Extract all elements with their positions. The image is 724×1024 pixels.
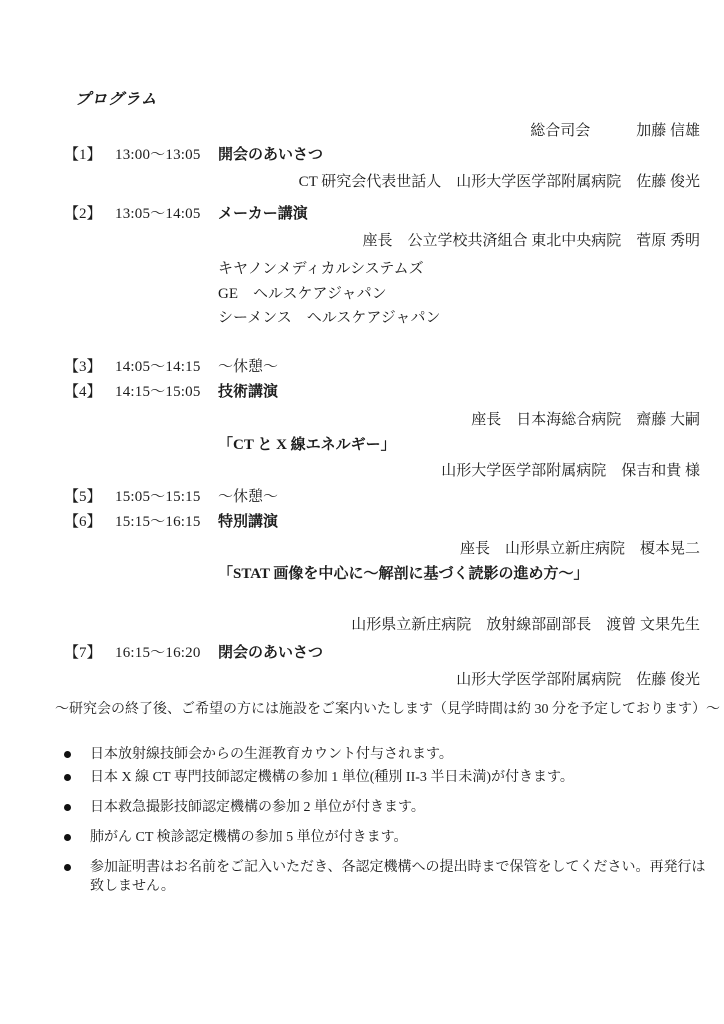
- bullet-icon: [64, 751, 71, 758]
- note-item-2: 日本 X 線 CT 専門技師認定機構の参加 1 単位(種別 II-3 半日未満)…: [64, 768, 712, 787]
- session-number: 【3】: [64, 359, 115, 376]
- session-time: 14:05～14:15: [115, 359, 218, 376]
- session-time: 14:15～15:05: [115, 384, 218, 401]
- program-document-page: プログラム 総合司会 加藤 信雄 【1】 13:00～13:05 開会のあいさつ…: [0, 0, 724, 1024]
- maker-item-1: キヤノンメディカルシステムズ: [218, 261, 424, 278]
- facility-tour-note: ～研究会の終了後、ご希望の方には施設をご案内いたします（見学時間は約 30 分を…: [55, 701, 720, 719]
- session-2-chair: 座長 公立学校共済組合 東北中央病院 菅原 秀明: [362, 233, 700, 250]
- session-4-speaker: 山形大学医学部附属病院 保吉和貴 様: [441, 463, 700, 480]
- session-number: 【5】: [64, 489, 115, 506]
- session-1-speaker: CT 研究会代表世話人 山形大学医学部附属病院 佐藤 俊光: [299, 174, 700, 191]
- maker-item-2: GE ヘルスケアジャパン: [218, 286, 387, 303]
- note-item-1: 日本放射線技師会からの生涯教育カウント付与されます。: [64, 745, 712, 764]
- note-text: 日本救急撮影技師認定機構の参加 2 単位が付きます。: [90, 798, 425, 817]
- session-title: メーカー講演: [218, 206, 308, 223]
- session-row-3: 【3】 14:05～14:15 ～休憩～: [64, 359, 278, 376]
- maker-item-3: シーメンス ヘルスケアジャパン: [218, 310, 440, 327]
- note-item-5: 参加証明書はお名前をご記入いただき、各認定機構への提出時まで保管をしてください。…: [64, 858, 712, 896]
- session-number: 【6】: [64, 514, 115, 531]
- session-number: 【7】: [64, 645, 115, 662]
- session-4-chair: 座長 日本海総合病院 齋藤 大嗣: [471, 412, 700, 429]
- session-title: 開会のあいさつ: [218, 147, 323, 164]
- session-7-speaker: 山形大学医学部附属病院 佐藤 俊光: [456, 672, 700, 689]
- session-time: 16:15～16:20: [115, 645, 218, 662]
- session-row-2: 【2】 13:05～14:05 メーカー講演: [64, 206, 308, 223]
- session-row-1: 【1】 13:00～13:05 開会のあいさつ: [64, 147, 323, 164]
- session-4-lecture-title: 「CT と X 線エネルギー」: [218, 437, 396, 454]
- session-number: 【4】: [64, 384, 115, 401]
- note-item-3: 日本救急撮影技師認定機構の参加 2 単位が付きます。: [64, 798, 712, 817]
- session-title: 技術講演: [218, 384, 278, 401]
- session-6-chair: 座長 山形県立新庄病院 榎本晃二: [460, 541, 700, 558]
- session-6-lecture-title: 「STAT 画像を中心に～解剖に基づく読影の進め方～」: [218, 566, 588, 583]
- session-time: 13:00～13:05: [115, 147, 218, 164]
- session-row-7: 【7】 16:15～16:20 閉会のあいさつ: [64, 645, 323, 662]
- session-row-4: 【4】 14:15～15:05 技術講演: [64, 384, 278, 401]
- note-text: 参加証明書はお名前をご記入いただき、各認定機構への提出時まで保管をしてください。…: [90, 858, 708, 896]
- session-title: ～休憩～: [218, 489, 278, 506]
- note-item-4: 肺がん CT 検診認定機構の参加 5 単位が付きます。: [64, 828, 712, 847]
- session-time: 13:05～14:05: [115, 206, 218, 223]
- moderator-line: 総合司会 加藤 信雄: [530, 119, 700, 140]
- session-time: 15:15～16:15: [115, 514, 218, 531]
- session-6-speaker: 山形県立新庄病院 放射線部副部長 渡曾 文果先生: [351, 617, 700, 634]
- note-text: 日本放射線技師会からの生涯教育カウント付与されます。: [90, 745, 453, 764]
- session-title: ～休憩～: [218, 359, 278, 376]
- session-number: 【1】: [64, 147, 115, 164]
- moderator-label: 総合司会: [530, 119, 590, 140]
- bullet-icon: [64, 864, 71, 871]
- moderator-name: 加藤 信雄: [636, 119, 700, 140]
- session-time: 15:05～15:15: [115, 489, 218, 506]
- session-title: 特別講演: [218, 514, 278, 531]
- session-title: 閉会のあいさつ: [218, 645, 323, 662]
- session-number: 【2】: [64, 206, 115, 223]
- bullet-icon: [64, 804, 71, 811]
- note-text: 日本 X 線 CT 専門技師認定機構の参加 1 単位(種別 II-3 半日未満)…: [90, 768, 574, 787]
- session-row-5: 【5】 15:05～15:15 ～休憩～: [64, 489, 278, 506]
- session-row-6: 【6】 15:15～16:15 特別講演: [64, 514, 278, 531]
- note-text: 肺がん CT 検診認定機構の参加 5 単位が付きます。: [90, 828, 408, 847]
- page-title: プログラム: [75, 87, 157, 109]
- bullet-icon: [64, 774, 71, 781]
- bullet-icon: [64, 834, 71, 841]
